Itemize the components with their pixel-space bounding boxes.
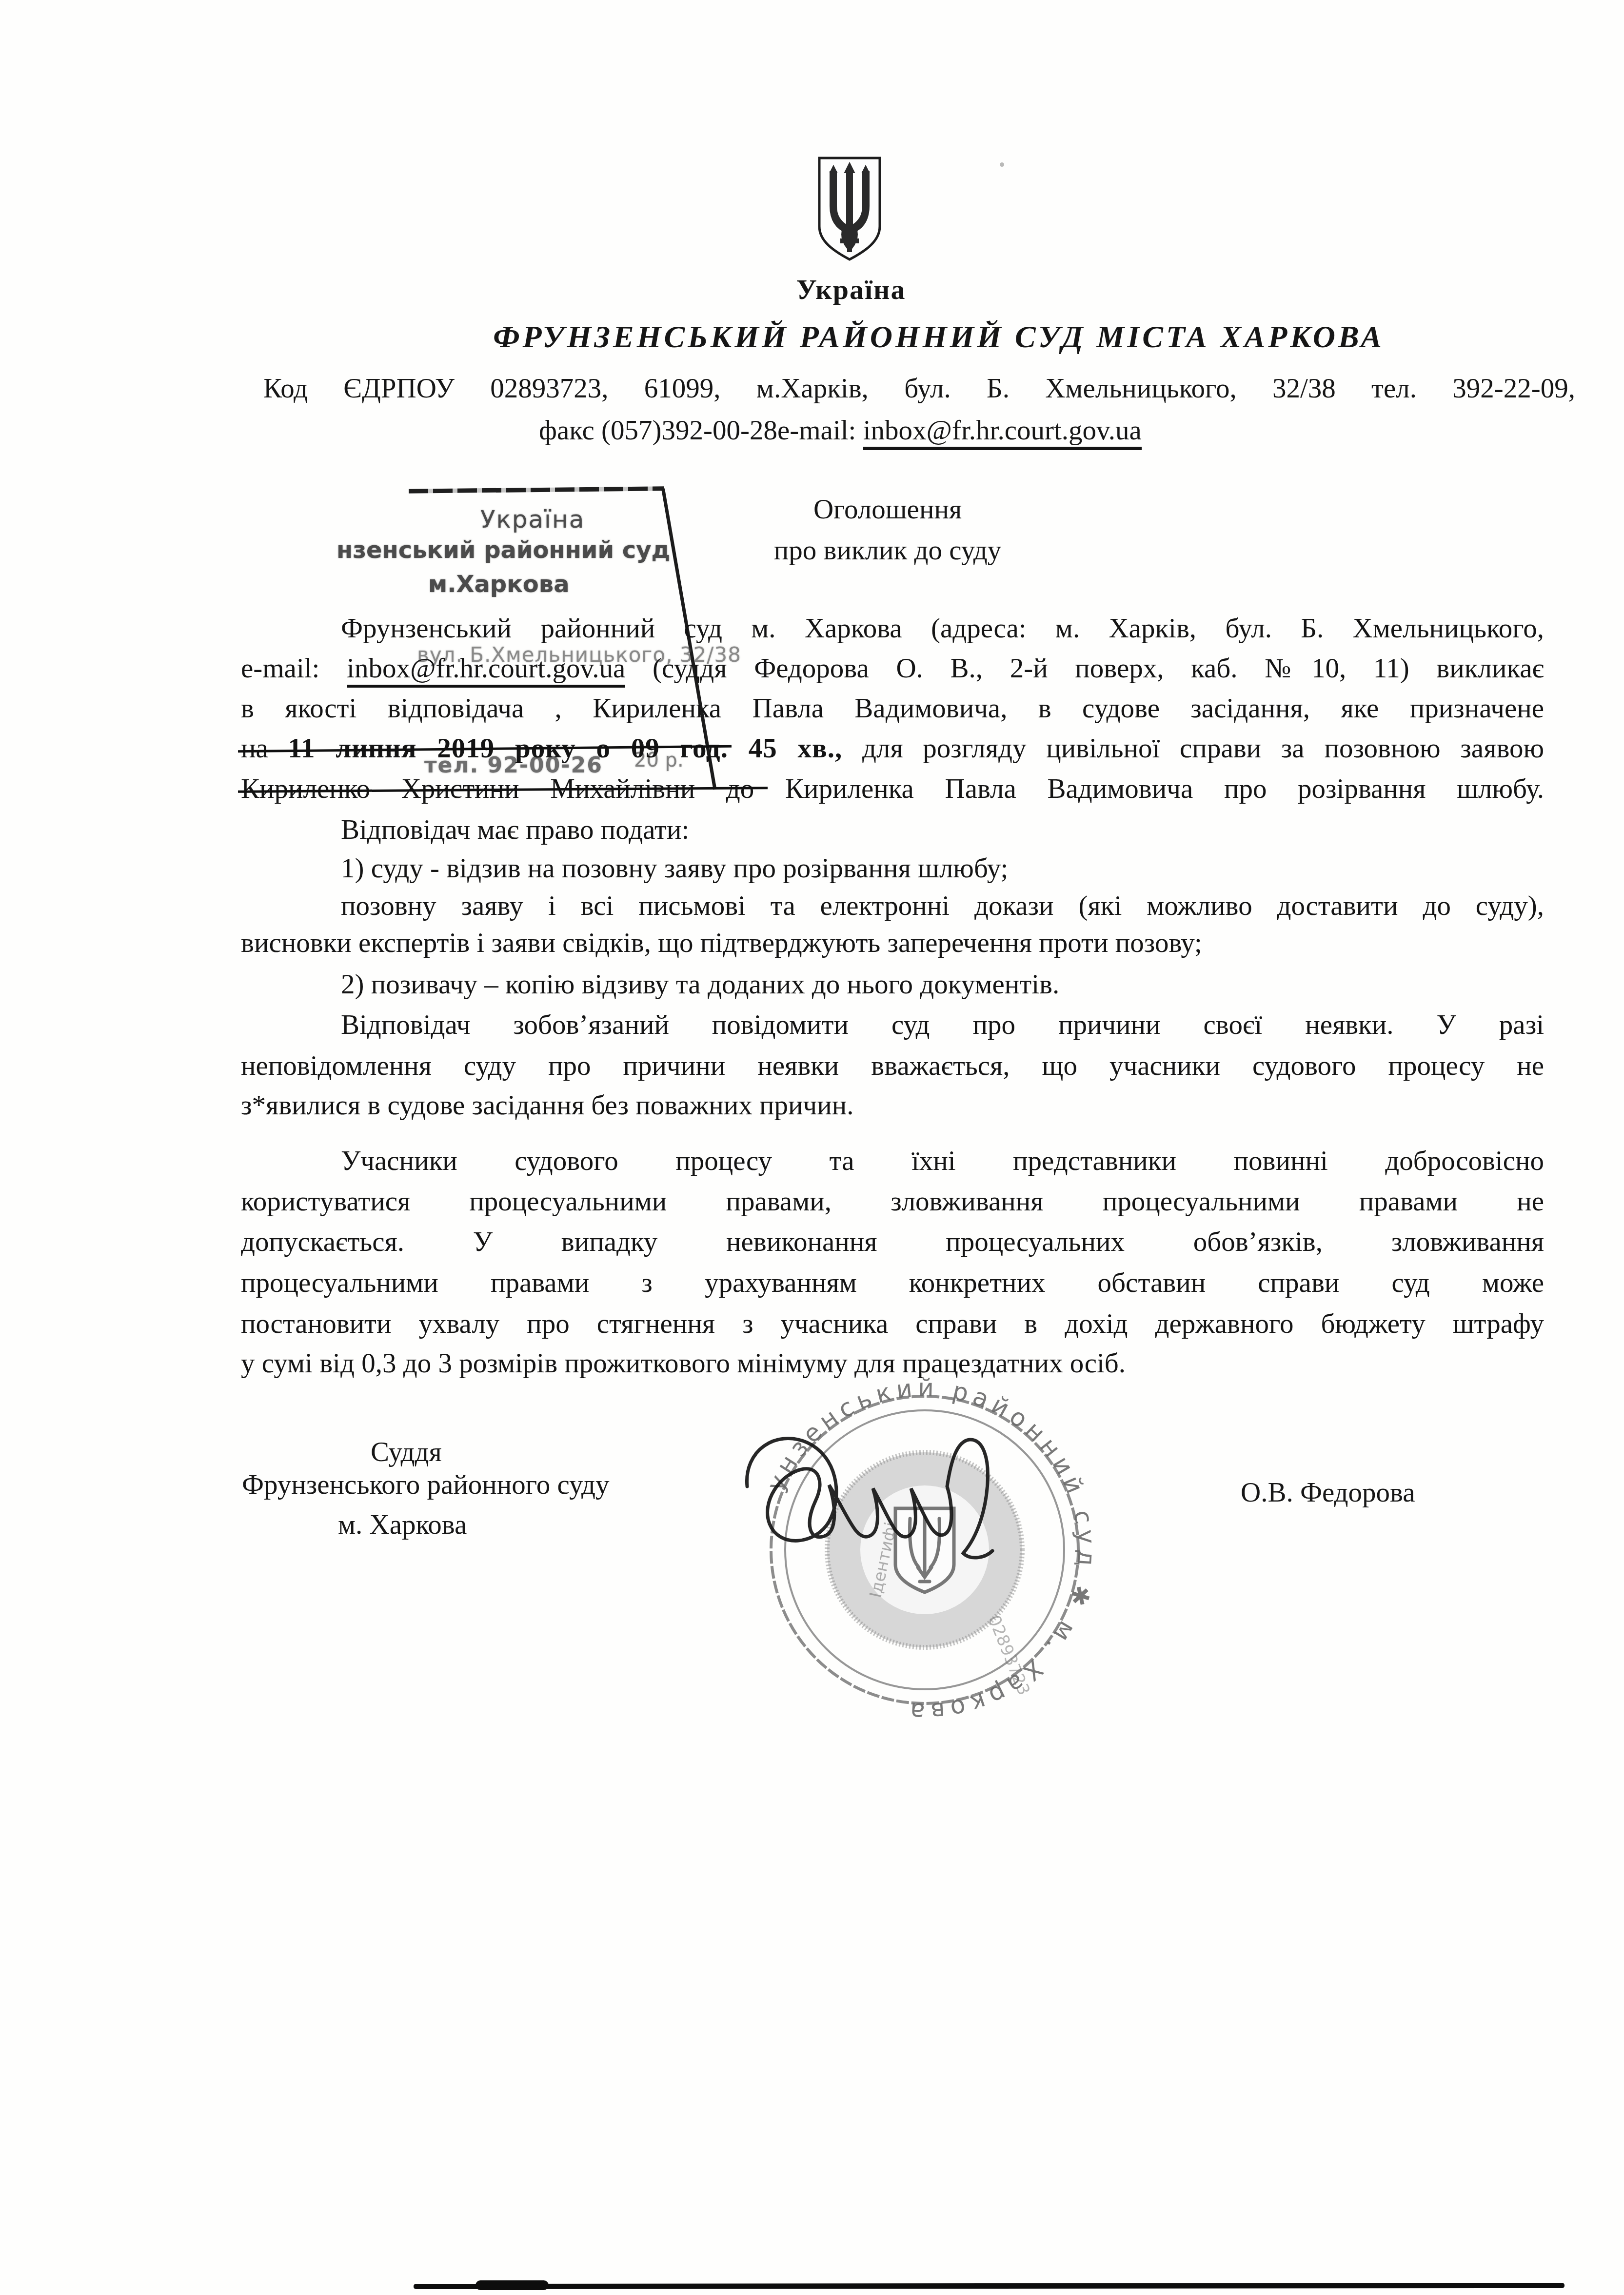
- signature-court: Фрунзенського районного суду: [242, 1469, 609, 1501]
- fax-prefix: факс (057)392-00-28e-mail:: [539, 415, 863, 446]
- header-fax-email-line: факс (057)392-00-28e-mail: inbox@fr.hr.c…: [539, 415, 1142, 446]
- ukraine-trident-emblem-icon: [815, 155, 884, 263]
- stamp-top-border: [409, 486, 664, 493]
- body-line: постановити ухвалу про стягнення з учасн…: [241, 1307, 1544, 1341]
- scan-artifact-line: [414, 2283, 1565, 2289]
- body-line: висновки експертів і заяви свідків, що п…: [241, 927, 1544, 960]
- body-line: з*явилися в судове засідання без поважни…: [241, 1089, 1544, 1122]
- judge-name: О.В. Федорова: [1241, 1477, 1415, 1508]
- judge-signature: [707, 1405, 1049, 1639]
- body-line: Фрунзенський районний суд м. Харкова (ад…: [241, 612, 1544, 645]
- body-line: Учасники судового процесу та їхні предст…: [241, 1145, 1544, 1178]
- announcement-title: Оголошення: [693, 494, 1083, 525]
- body-line: процесуальними правами з урахуванням кон…: [241, 1266, 1544, 1300]
- body-line: в якості відповідача , Кириленка Павла В…: [241, 692, 1544, 725]
- body-line: користуватися процесуальними правами, зл…: [241, 1185, 1544, 1218]
- header-court-name: ФРУНЗЕНСЬКИЙ РАЙОННИЙ СУД МІСТА ХАРКОВА: [244, 319, 1624, 355]
- body-line: 2) позивачу – копію відзиву та доданих д…: [241, 968, 1544, 1001]
- scan-artifact-blob: [475, 2280, 549, 2290]
- header-email: inbox@fr.hr.court.gov.ua: [863, 415, 1142, 450]
- body-email: inbox@fr.hr.court.gov.ua: [347, 653, 625, 688]
- stamp-court: нзенський районний суд: [337, 536, 670, 564]
- stamp-city: м.Харкова: [428, 571, 570, 598]
- stamp-country: Україна: [480, 505, 585, 534]
- signature-role: Суддя: [371, 1436, 442, 1468]
- header-country: Україна: [702, 273, 1000, 306]
- body-line: неповідомлення суду про причини неявки в…: [241, 1049, 1544, 1083]
- body-line: Відповідач зобов’язаний повідомити суд п…: [241, 1009, 1544, 1042]
- body-line: Відповідач має право подати:: [241, 813, 1544, 847]
- announcement-subtitle: про виклик до суду: [693, 534, 1083, 566]
- body-line: у сумі від 0,3 до 3 розмірів прожитковог…: [241, 1347, 1544, 1380]
- signature-city: м. Харкова: [338, 1509, 467, 1541]
- scanned-court-summons-page: Україна ФРУНЗЕНСЬКИЙ РАЙОННИЙ СУД МІСТА …: [0, 0, 1624, 2295]
- header-address-line: Код ЄДРПОУ 02893723, 61099, м.Харків, бу…: [263, 373, 1575, 404]
- body-line: e-mail: inbox@fr.hr.court.gov.ua (суддя …: [241, 652, 1544, 685]
- scan-speck: [1000, 162, 1004, 167]
- body-line: 1) суду - відзив на позовну заяву про ро…: [241, 852, 1544, 885]
- body-line: позовну заяву і всі письмові та електрон…: [241, 890, 1544, 923]
- body-line: допускається. У випадку невиконання проц…: [241, 1226, 1544, 1259]
